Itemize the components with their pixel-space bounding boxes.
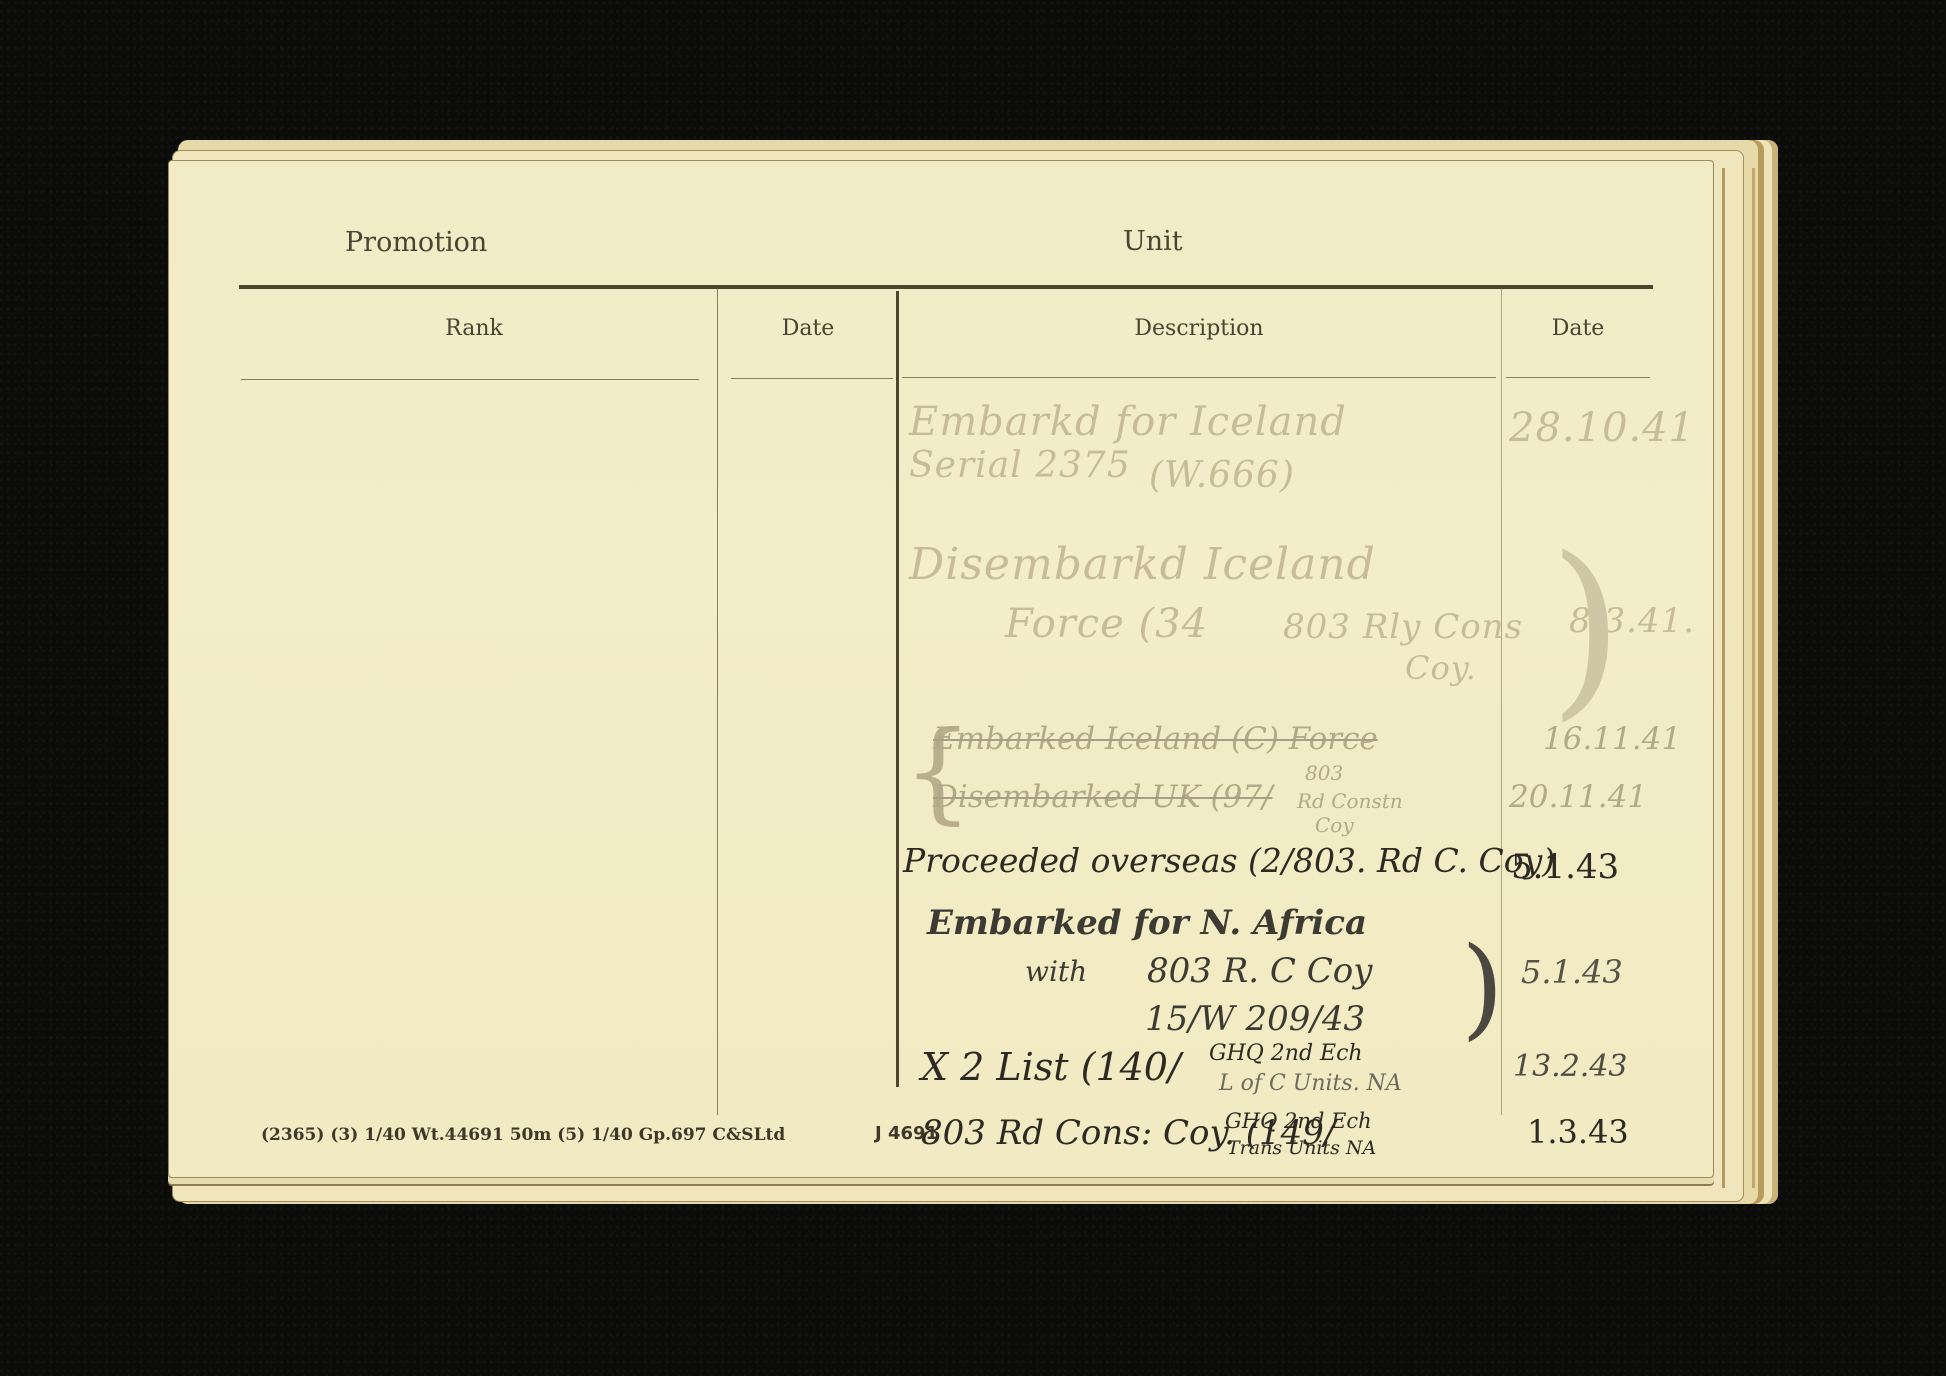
entry-6-line-1: Embarked for N. Africa — [927, 903, 1367, 943]
entry-2-reference: 803 Rly Cons — [1283, 607, 1523, 647]
rank-underline — [241, 379, 699, 380]
unit-date-underline — [1506, 377, 1650, 378]
entry-8-date: 1.3.43 — [1527, 1113, 1629, 1151]
entry-2-line-1: Disembarkd Iceland — [909, 539, 1376, 590]
divider-promotion-unit — [896, 291, 899, 1087]
entry-6-line-3: 15/W 209/43 — [1145, 999, 1365, 1039]
promotion-heading: Promotion — [345, 227, 487, 258]
entry-4-ref-cont: Coy — [1315, 813, 1354, 837]
entry-1-reference: (W.666) — [1149, 455, 1295, 496]
entry-6-line-2: 803 R. C Coy — [1147, 951, 1372, 991]
entry-3-description: Embarked Iceland (C) Force — [933, 721, 1378, 757]
entry-5-date: 5.1.43 — [1511, 847, 1619, 887]
col-header-promotion-date: Date — [782, 316, 835, 341]
entry-5-description: Proceeded overseas (2/803. Rd C. Coy) — [903, 841, 1555, 880]
divider-rank-date — [717, 289, 718, 1115]
entry-4-date: 20.11.41 — [1509, 779, 1647, 815]
entry-1-line-2: Serial 2375 — [909, 445, 1131, 486]
unit-heading: Unit — [1123, 226, 1183, 257]
form-code: J 4691 — [875, 1123, 938, 1144]
entry-1-date: 28.10.41 — [1509, 405, 1695, 451]
entry-4-ref: Rd Constn — [1297, 789, 1403, 813]
entry-3-date: 16.11.41 — [1543, 721, 1681, 757]
entry-6-bracket: ) — [1461, 923, 1504, 1051]
card-edge-stain — [1722, 168, 1725, 1188]
service-record-card: Promotion Unit Rank Date Description Dat… — [168, 160, 1714, 1178]
col-header-unit-date: Date — [1552, 316, 1605, 341]
entry-4-ref-top: 803 — [1305, 761, 1343, 785]
header-rule — [239, 285, 1653, 289]
entry-2-line-2: Force (34 — [1005, 601, 1208, 647]
date-underline — [731, 378, 893, 379]
entry-4-description: Disembarked UK (97/ — [933, 779, 1273, 815]
entry-7-description: X 2 List (140/ — [921, 1045, 1181, 1089]
card-edge-stain — [1752, 168, 1755, 1188]
col-header-rank: Rank — [445, 316, 503, 341]
entry-7-ref: GHQ 2nd Ech — [1209, 1041, 1363, 1066]
entry-6-date: 5.1.43 — [1521, 953, 1623, 991]
entry-2-bracket: ) — [1549, 517, 1623, 738]
entry-8-ref: GHQ 2nd Ech — [1225, 1109, 1372, 1133]
col-header-description: Description — [1134, 316, 1263, 341]
entry-8-ref-cont: Trans Units NA — [1227, 1137, 1376, 1159]
entry-7-date: 13.2.43 — [1513, 1049, 1628, 1084]
entry-6-line-2-prefix: with — [1025, 955, 1087, 988]
entry-1-line-1: Embarkd for Iceland — [909, 399, 1347, 445]
print-code: (2365) (3) 1/40 Wt.44691 50m (5) 1/40 Gp… — [261, 1125, 785, 1145]
description-underline — [902, 377, 1496, 378]
entry-7-ref-cont: L of C Units. NA — [1219, 1071, 1402, 1096]
entry-2-reference-cont: Coy. — [1405, 649, 1477, 687]
